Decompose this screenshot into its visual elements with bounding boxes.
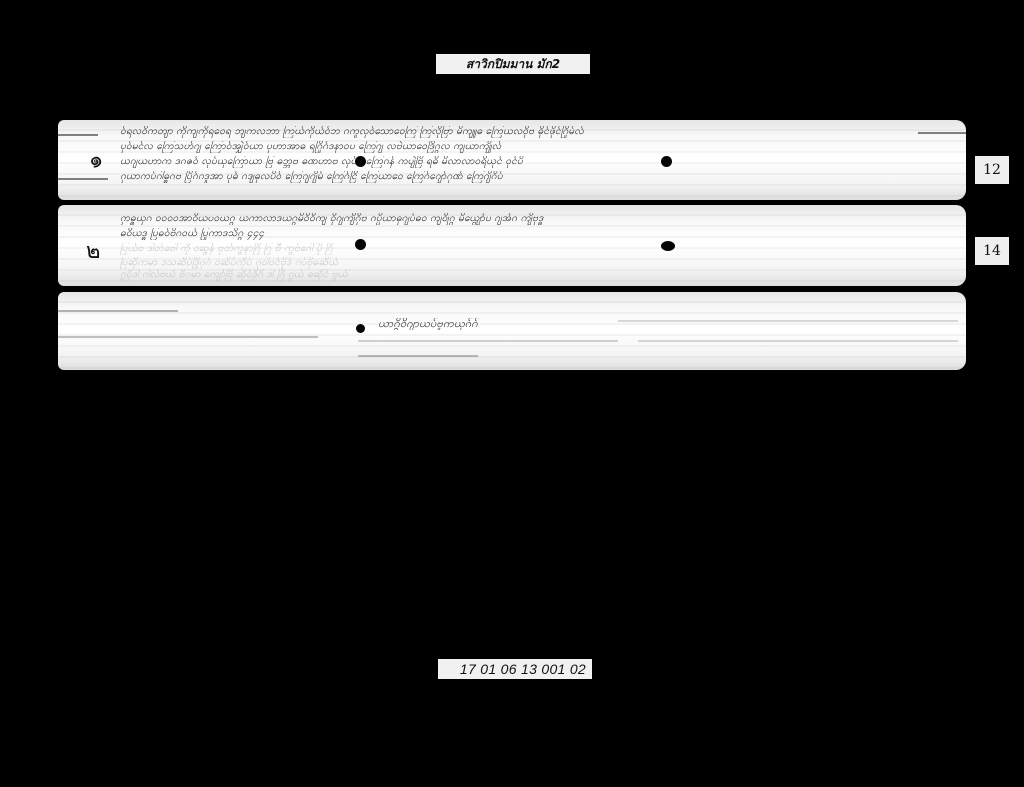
string-hole: [661, 241, 675, 251]
leaf-streak: [358, 355, 478, 357]
leaf-faded-line: ပြဆိုကမာ ဒသဆိပ်ဒြိုဂုဂ် ဝဆိပ်ကိုပ် ဂုဝါဝ…: [120, 257, 910, 269]
leaf-text-line: ဝ်ရလ၀ိကတျာ ကိုကျကိုရ၀ေရ ဘျကလဘာ ကြယ်ကိုယ်…: [120, 126, 910, 138]
leaf-streak: [58, 178, 108, 180]
leaf-streak: [638, 340, 958, 342]
palm-leaf-2: ๒ ဂှာဓ္ဓယုဂ ၀၀၀ဝအာဝိယပဝယဂ္ဂ ယကာလာဒယဂ္ဂမိ…: [58, 205, 966, 286]
leaf-streak: [358, 340, 618, 342]
title-label-text: สาวิกปิมมาน มัก2: [466, 55, 560, 74]
palm-leaf-1: ๑ ဝ်ရလ၀ိကတျာ ကိုကျကိုရ၀ေရ ဘျကလဘာ ကြယ်ကို…: [58, 120, 966, 200]
title-label: สาวิกปิมมาน มัก2: [436, 54, 590, 74]
leaf-faded-line: ပြယ်ဗ ဒါတ်ဗေါ်ကို ဝဆွန် ဗုတ်ကွနာဂြိ ဂြ ဗ…: [120, 243, 910, 255]
page-tag-14: 14: [975, 237, 1009, 265]
string-hole: [355, 156, 366, 167]
archive-id-label: 17 01 06 13 001 02: [438, 659, 592, 679]
leaf-text-line: ဓဝိယဒ္ဓ ပြဓဝ်ဗိဂဝယ် ပြုကာဒသိဂ္ဂ ၄၄၄: [120, 228, 360, 240]
string-hole: [356, 324, 365, 333]
string-hole: [355, 239, 366, 250]
leaf-streak: [58, 310, 178, 312]
page-tag-12: 12: [975, 156, 1009, 184]
leaf-text-line: ယာဂွိဝိဂျာယပ်ဗူဂာယုဂ်ဂ်: [378, 318, 578, 330]
leaf-streak: [618, 320, 958, 322]
leaf-streak: [58, 336, 318, 338]
leaf-streak: [58, 134, 98, 136]
archive-id-text: 17 01 06 13 001 02: [460, 661, 586, 677]
leaf-faded-line: ဂွဝိုဒါ ဂါလ်ဗယ် ဗိဂမာ ကျော်ဗြိ ဆိုဝ်ဒိုဂ…: [120, 269, 910, 281]
string-hole: [661, 156, 672, 167]
page-tag-text: 12: [983, 162, 1001, 178]
leaf-text-line: ပုဝ်မင်လ ကြေသဟ်ဂျ ကြောဝ်အျှဲဝ်ယာ ပုဟာအာဓ…: [120, 141, 910, 153]
leaf-text-line: ဂုယာကပ်ဂါဓ္ဓဂဗ ပြိဂ်ဂဒူအာ ပုဓ် ဂဒျဓုလပိဝ…: [120, 171, 930, 183]
leaf-number: ๒: [86, 233, 101, 268]
leaf-number: ๑: [80, 141, 110, 178]
leaf-text-line: ယဂျယဟာက ဒဂဇဝ် လုပ်ယုကြောယာ ဗြ ဓဘ္ဘဗ ဓဏဟာ…: [120, 156, 910, 168]
palm-leaf-3: ယာဂွိဝိဂျာယပ်ဗူဂာယုဂ်ဂ်: [58, 292, 966, 370]
page-tag-text: 14: [983, 243, 1001, 259]
leaf-text-line: ဂှာဓ္ဓယုဂ ၀၀၀ဝအာဝိယပဝယဂ္ဂ ယကာလာဒယဂ္ဂမိ၀ိ…: [120, 213, 930, 225]
leaf-streak: [918, 132, 966, 134]
